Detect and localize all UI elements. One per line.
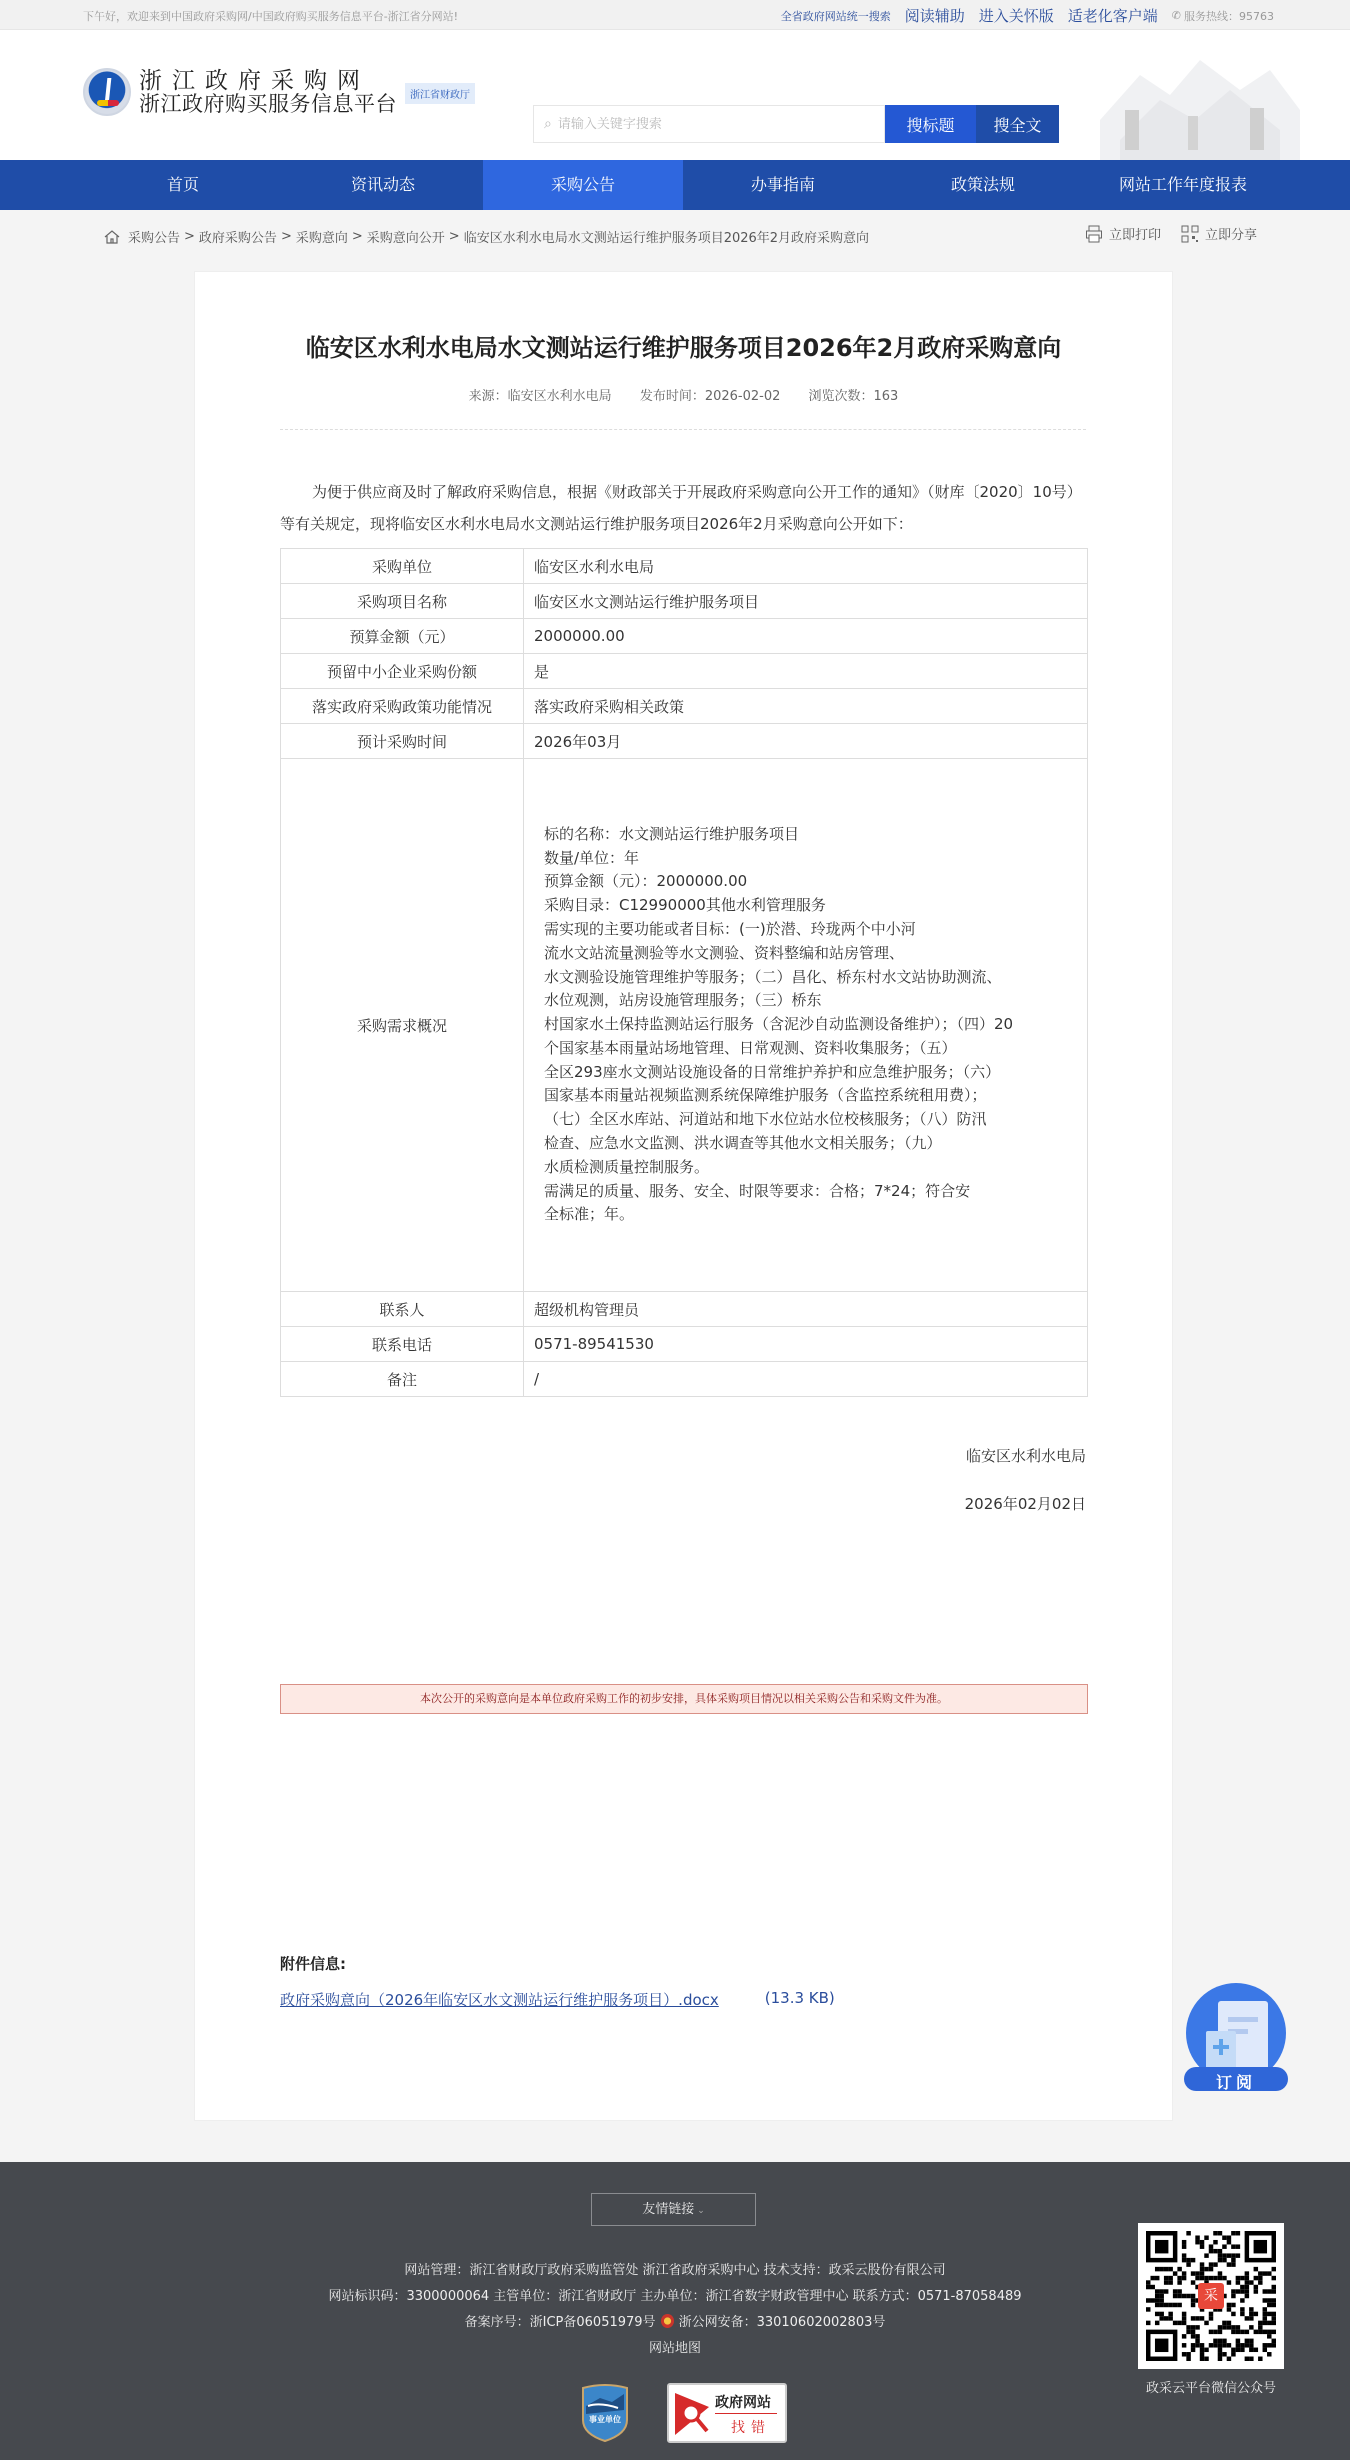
breadcrumb-item[interactable]: 采购公告 [128, 227, 180, 246]
header: 浙江政府采购网 浙江政府购买服务信息平台 浙江省财政厅 ⌕ 搜标题 搜全文 [0, 30, 1350, 160]
table-value: 0571-89541530 [524, 1327, 1088, 1362]
attachment-size: (13.3 KB) [765, 1989, 835, 2010]
table-key: 备注 [281, 1362, 524, 1397]
error-badge-title: 政府网站 [715, 2392, 771, 2412]
breadcrumb-row: 采购公告> 政府采购公告> 采购意向> 采购意向公开> 临安区水利水电局水文测站… [0, 210, 1350, 260]
hotline-text: 服务热线：95763 [1184, 8, 1274, 24]
table-row: 预留中小企业采购份额是 [281, 654, 1088, 689]
table-key: 预计采购时间 [281, 724, 524, 759]
article-intro: 为便于供应商及时了解政府采购信息，根据《财政部关于开展政府采购意向公开工作的通知… [280, 476, 1088, 540]
subscribe-button[interactable]: 订阅 [1178, 1979, 1294, 2095]
article-title: 临安区水利水电局水文测站运行维护服务项目2026年2月政府采购意向 [195, 328, 1172, 363]
search-box: ⌕ [533, 105, 885, 143]
table-key: 采购项目名称 [281, 584, 524, 619]
procurement-intent-table: 采购单位临安区水利水电局采购项目名称临安区水文测站运行维护服务项目预算金额（元）… [280, 548, 1088, 1397]
attachment-item: 政府采购意向（2026年临安区水文测站运行维护服务项目）.docx (13.3 … [280, 1989, 835, 2010]
table-value: 超级机构管理员 [524, 1292, 1088, 1327]
landscape-decoration-icon [1100, 50, 1300, 160]
table-key: 联系人 [281, 1292, 524, 1327]
breadcrumb-separator: > [281, 229, 292, 244]
logo-subtitle: 浙江政府购买服务信息平台 [139, 93, 397, 115]
table-value: 是 [524, 654, 1088, 689]
reading-assist-link[interactable]: 阅读辅助 [905, 5, 965, 26]
table-row: 联系人超级机构管理员 [281, 1292, 1088, 1327]
sitemap-link[interactable]: 网站地图 [649, 2341, 701, 2356]
table-key: 预留中小企业采购份额 [281, 654, 524, 689]
site-logo[interactable]: 浙江政府采购网 浙江政府购买服务信息平台 浙江省财政厅 [83, 68, 475, 116]
table-key: 采购需求概况 [281, 759, 524, 1292]
table-row: 采购项目名称临安区水文测站运行维护服务项目 [281, 584, 1088, 619]
search-bar: ⌕ 搜标题 搜全文 [533, 105, 1063, 143]
logo-badge: 浙江省财政厅 [405, 83, 475, 104]
breadcrumb-separator: > [449, 229, 460, 244]
icp-link[interactable]: 备案序号：浙ICP备06051979号 [465, 2315, 656, 2330]
disclaimer-notice: 本次公开的采购意向是本单位政府采购工作的初步安排，具体采购项目情况以相关采购公告… [280, 1684, 1088, 1714]
emblem-icon [83, 68, 131, 116]
nav-news[interactable]: 资讯动态 [283, 160, 483, 210]
magnifier-report-icon [673, 2389, 713, 2439]
divider [280, 429, 1086, 430]
attachment-download-link[interactable]: 政府采购意向（2026年临安区水文测站运行维护服务项目）.docx [280, 1989, 719, 2010]
article-publish-time: 发布时间：2026-02-02 [640, 389, 781, 404]
qrcode-share-icon [1181, 225, 1199, 243]
care-version-link[interactable]: 进入关怀版 [979, 5, 1054, 26]
error-badge-divider [715, 2413, 777, 2414]
table-row: 预算金额（元）2000000.00 [281, 619, 1088, 654]
provincial-search-link[interactable]: 全省政府网站统一搜索 [781, 8, 891, 24]
print-button[interactable]: 立即打印 [1085, 224, 1161, 243]
search-input[interactable] [558, 117, 858, 132]
chevron-down-icon: ⌄ [697, 2206, 705, 2216]
attachment-heading: 附件信息: [280, 1953, 346, 1974]
friend-links-dropdown[interactable]: 友情链接⌄ [591, 2193, 756, 2226]
nav-home[interactable]: 首页 [83, 160, 283, 210]
wechat-qr-code: 采 [1138, 2223, 1284, 2369]
home-icon[interactable] [104, 230, 120, 244]
table-row: 落实政府采购政策功能情况落实政府采购相关政策 [281, 689, 1088, 724]
table-value: 落实政府采购相关政策 [524, 689, 1088, 724]
table-key: 落实政府采购政策功能情况 [281, 689, 524, 724]
breadcrumb: 采购公告> 政府采购公告> 采购意向> 采购意向公开> 临安区水利水电局水文测站… [104, 227, 869, 246]
qr-caption: 政采云平台微信公众号 [1120, 2377, 1302, 2396]
table-row: 预计采购时间2026年03月 [281, 724, 1088, 759]
print-label: 立即打印 [1109, 224, 1161, 243]
breadcrumb-item[interactable]: 采购意向公开 [367, 227, 445, 246]
footer: 友情链接⌄ 网站管理：浙江省财政厅政府采购监管处 浙江省政府采购中心 技术支持：… [0, 2162, 1350, 2460]
breadcrumb-current: 临安区水利水电局水文测站运行维护服务项目2026年2月政府采购意向 [464, 227, 869, 246]
table-row: 联系电话0571-89541530 [281, 1327, 1088, 1362]
table-value: 2000000.00 [524, 619, 1088, 654]
error-badge-subtitle: 找错 [731, 2417, 771, 2437]
page-actions: 立即打印 立即分享 [1085, 224, 1257, 243]
nav-guide[interactable]: 办事指南 [683, 160, 883, 210]
elderly-client-link[interactable]: 适老化客户端 [1068, 5, 1158, 26]
main-nav: 首页 资讯动态 采购公告 办事指南 政策法规 网站工作年度报表 [0, 160, 1350, 210]
table-row: 采购需求概况标的名称：水文测站运行维护服务项目 数量/单位：年 预算金额（元）：… [281, 759, 1088, 1292]
share-button[interactable]: 立即分享 [1181, 224, 1257, 243]
table-key: 采购单位 [281, 549, 524, 584]
top-links: 全省政府网站统一搜索 阅读辅助 进入关怀版 适老化客户端 ✆ 服务热线：9576… [781, 5, 1274, 26]
phone-icon: ✆ [1172, 9, 1181, 22]
table-value: 临安区水利水电局 [524, 549, 1088, 584]
signature-org: 临安区水利水电局 [966, 1445, 1086, 1466]
hotline: ✆ 服务热线：95763 [1172, 8, 1274, 24]
article-meta: 来源：临安区水利水电局 发布时间：2026-02-02 浏览次数：163 [195, 385, 1172, 404]
printer-icon [1085, 225, 1103, 243]
gov-site-error-report-badge[interactable]: 政府网站 找错 [667, 2383, 787, 2443]
breadcrumb-separator: > [184, 229, 195, 244]
qr-center-logo: 采 [1198, 2283, 1224, 2309]
friend-links-label: 友情链接 [642, 2202, 694, 2217]
nav-policy[interactable]: 政策法规 [883, 160, 1083, 210]
signature-date: 2026年02月02日 [965, 1493, 1086, 1514]
top-bar: 下午好，欢迎来到中国政府采购网/中国政府购买服务信息平台-浙江省分网站! 全省政… [0, 0, 1350, 30]
greeting-text: 下午好，欢迎来到中国政府采购网/中国政府购买服务信息平台-浙江省分网站! [83, 8, 458, 24]
article-views: 浏览次数：163 [809, 389, 899, 404]
police-emblem-icon [661, 2314, 674, 2328]
article-source: 来源：临安区水利水电局 [469, 389, 612, 404]
share-label: 立即分享 [1205, 224, 1257, 243]
subscribe-label: 订阅 [1178, 2070, 1294, 2093]
public-institution-badge-label: 事业单位 [580, 2414, 630, 2425]
table-value: 标的名称：水文测站运行维护服务项目 数量/单位：年 预算金额（元）：200000… [524, 759, 1088, 1292]
table-value: 临安区水文测站运行维护服务项目 [524, 584, 1088, 619]
search-fulltext-button[interactable]: 搜全文 [976, 105, 1059, 143]
breadcrumb-item[interactable]: 政府采购公告 [199, 227, 277, 246]
table-key: 预算金额（元） [281, 619, 524, 654]
table-row: 备注/ [281, 1362, 1088, 1397]
table-value: 2026年03月 [524, 724, 1088, 759]
table-value: / [524, 1362, 1088, 1397]
search-title-button[interactable]: 搜标题 [885, 105, 976, 143]
table-row: 采购单位临安区水利水电局 [281, 549, 1088, 584]
breadcrumb-item[interactable]: 采购意向 [296, 227, 348, 246]
table-key: 联系电话 [281, 1327, 524, 1362]
nav-annual-report[interactable]: 网站工作年度报表 [1083, 160, 1283, 210]
police-record-link[interactable]: 浙公网安备：33010602002803号 [679, 2315, 886, 2330]
public-institution-badge-icon[interactable] [580, 2384, 630, 2442]
search-icon: ⌕ [544, 116, 552, 132]
logo-title: 浙江政府采购网 [139, 69, 397, 93]
nav-procurement-notice[interactable]: 采购公告 [483, 160, 683, 210]
article-card: 临安区水利水电局水文测站运行维护服务项目2026年2月政府采购意向 来源：临安区… [194, 271, 1173, 2121]
breadcrumb-separator: > [352, 229, 363, 244]
